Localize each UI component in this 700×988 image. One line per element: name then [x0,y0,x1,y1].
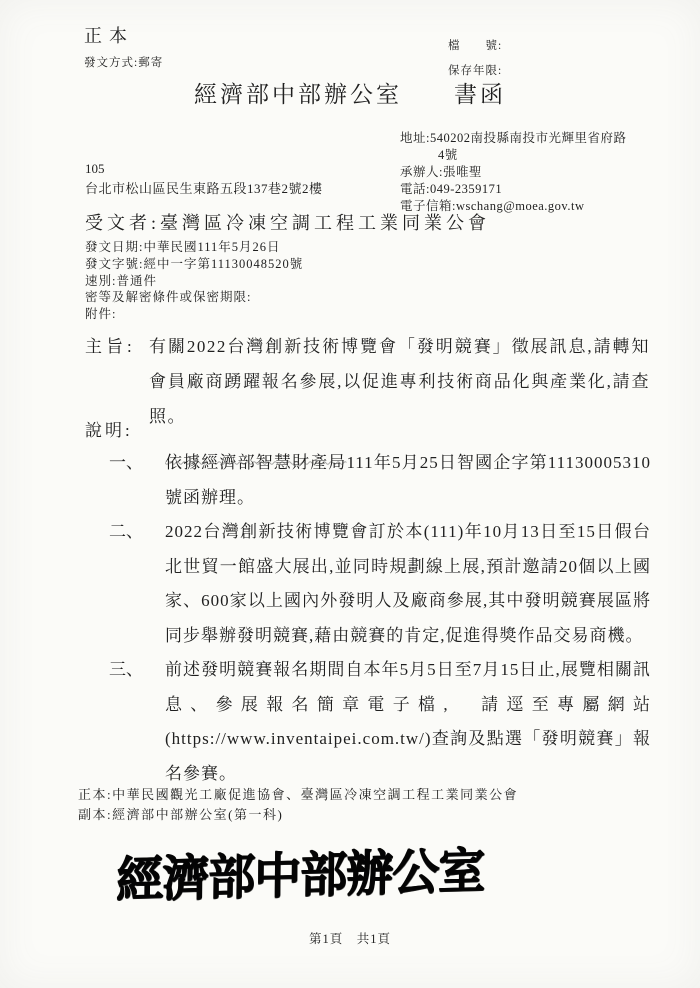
item-number: 三、 [85,653,165,791]
duplicate-copy-line: 副本:經濟部中部辦公室(第一科) [78,805,518,825]
description-items: 一、 依據經濟部智慧財產局111年5月25日智國企字第11130005310號函… [85,446,651,791]
original-copy-line: 正本:中華民國觀光工廠促進協會、臺灣區冷凍空調工程工業同業公會 [78,785,518,805]
item-number: 二、 [85,515,165,653]
sender-address-line2: 4號 [400,147,626,164]
item-number: 一、 [85,446,165,515]
item-text: 依據經濟部智慧財產局111年5月25日智國企字第11130005310號函辦理。 [165,446,651,515]
issue-date: 發文日期:中華民國111年5月26日 [85,239,303,256]
copy-type-label: 正本 [84,22,134,48]
recipient-line: 受文者:臺灣區冷凍空調工程工業同業公會 [85,209,490,235]
document-title: 經濟部中部辦公室 書函 [0,76,700,109]
item-text: 前述發明競賽報名期間自本年5月5日至7月15日止,展覽相關訊息、參展報名簡章電子… [165,653,651,791]
document-meta-block: 發文日期:中華民國111年5月26日 發文字號:經中一字第11130048520… [85,239,303,323]
recipient-zip: 105 [85,161,105,177]
description-item: 一、 依據經濟部智慧財產局111年5月25日智國企字第11130005310號函… [85,446,651,515]
description-item: 三、 前述發明競賽報名期間自本年5月5日至7月15日止,展覽相關訊息、參展報名簡… [85,653,651,791]
item-text-rest: 2022台灣創新技術博覽會訂於本(111)年10月13日至15日假台北世貿一館盛… [165,522,651,645]
sender-contact-block: 地址:540202南投縣南投市光輝里省府路 4號 承辦人:張唯聖 電話:049-… [400,130,626,215]
description-item: 二、 2022台灣創新技術博覽會訂於本(111)年10月13日至15日假台北世貿… [85,515,651,653]
sender-address-line1: 地址:540202南投縣南投市光輝里省府路 [400,130,626,147]
item-text: 2022台灣創新技術博覽會訂於本(111)年10月13日至15日假台北世貿一館盛… [165,515,651,653]
distribution-block: 正本:中華民國觀光工廠促進協會、臺灣區冷凍空調工程工業同業公會 副本:經濟部中部… [78,785,518,824]
subject-row: 主旨: 有關2022台灣創新技術博覽會「發明競賽」徵展訊息,請轉知會員廠商踴躍報… [85,329,650,434]
item-text-rest: 前述發明競賽報名期間自本年5月5日至7月15日止,展覽相關訊息、參展報名簡章電子… [165,660,651,783]
attachment-label: 附件: [85,306,303,323]
page-number-footer: 第1頁 共1頁 [0,929,700,947]
security-class: 密等及解密條件或保密期限: [85,289,303,306]
doc-number: 發文字號:經中一字第11130048520號 [85,256,303,273]
sender-phone: 電話:049-2359171 [400,181,626,198]
sender-contact-person: 承辦人:張唯聖 [400,164,626,181]
description-label: 說明: [85,416,133,441]
office-stamp: 經濟部中部辦公室 [116,832,484,911]
file-number-label: 檔 號: [448,34,502,59]
recipient-address: 台北市松山區民生東路五段137巷2號2樓 [85,178,323,197]
document-page: 正本 發文方式:郵寄 檔 號: 保存年限: 經濟部中部辦公室 書函 地址:540… [0,0,700,988]
delivery-method-label: 發文方式:郵寄 [84,54,163,70]
speed-class: 速別:普通件 [85,273,303,290]
subject-text: 有關2022台灣創新技術博覽會「發明競賽」徵展訊息,請轉知會員廠商踴躍報名參展,… [149,329,650,434]
item-text-lead: 依據經濟部智慧財產局 [165,453,346,472]
